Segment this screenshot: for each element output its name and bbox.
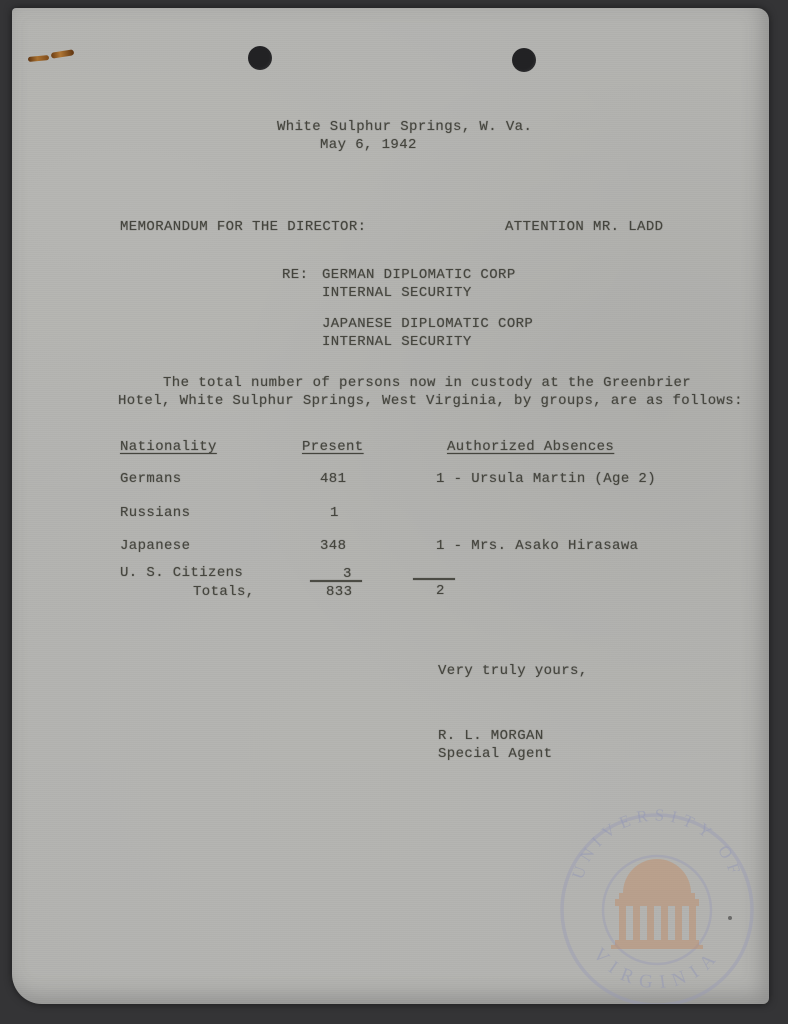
rust-stain-mark (28, 55, 49, 62)
attention-heading: ATTENTION MR. LADD (505, 218, 663, 236)
cell-absences: 1 - Mrs. Asako Hirasawa (436, 537, 638, 555)
table-header-nationality: Nationality (120, 438, 217, 456)
sum-rule-absences (413, 578, 455, 580)
punch-hole-left (248, 46, 272, 70)
dateline-date: May 6, 1942 (320, 136, 417, 154)
totals-present: 833 (326, 583, 352, 601)
sum-rule-present (310, 580, 362, 582)
body-paragraph-line2: Hotel, White Sulphur Springs, West Virgi… (118, 392, 743, 410)
cell-nationality: Russians (120, 504, 190, 522)
totals-label: Totals, (193, 583, 255, 601)
uva-seal-watermark: UNIVERSITY OF VIRGINIA (545, 798, 769, 1004)
body-paragraph-line1: The total number of persons now in custo… (163, 374, 691, 392)
table-header-present: Present (302, 438, 364, 456)
re-label: RE: (282, 266, 308, 284)
cell-nationality: Japanese (120, 537, 190, 555)
dateline-location: White Sulphur Springs, W. Va. (277, 118, 532, 136)
rotunda-icon (611, 859, 703, 949)
rust-stain-mark (51, 49, 75, 59)
closing-line: Very truly yours, (438, 662, 588, 680)
subject-german-line1: GERMAN DIPLOMATIC CORP (322, 266, 516, 284)
subject-japanese-line1: JAPANESE DIPLOMATIC CORP (322, 315, 533, 333)
subject-japanese-line2: INTERNAL SECURITY (322, 333, 472, 351)
paper-fleck (728, 916, 732, 920)
table-header-absences: Authorized Absences (447, 438, 614, 456)
cell-present: 481 (320, 470, 346, 488)
signature-name: R. L. MORGAN (438, 727, 544, 745)
cell-nationality: Germans (120, 470, 182, 488)
cell-absences: 1 - Ursula Martin (Age 2) (436, 470, 656, 488)
punch-hole-right (512, 48, 536, 72)
seal-bottom-arc-text: VIRGINIA (589, 944, 726, 994)
totals-absences: 2 (436, 582, 445, 600)
scanned-memo-page: White Sulphur Springs, W. Va. May 6, 194… (12, 8, 769, 1004)
subject-german-line2: INTERNAL SECURITY (322, 284, 472, 302)
signature-title: Special Agent (438, 745, 552, 763)
cell-present: 1 (330, 504, 339, 522)
cell-present: 348 (320, 537, 346, 555)
cell-nationality: U. S. Citizens (120, 564, 243, 582)
memo-heading: MEMORANDUM FOR THE DIRECTOR: (120, 218, 366, 236)
